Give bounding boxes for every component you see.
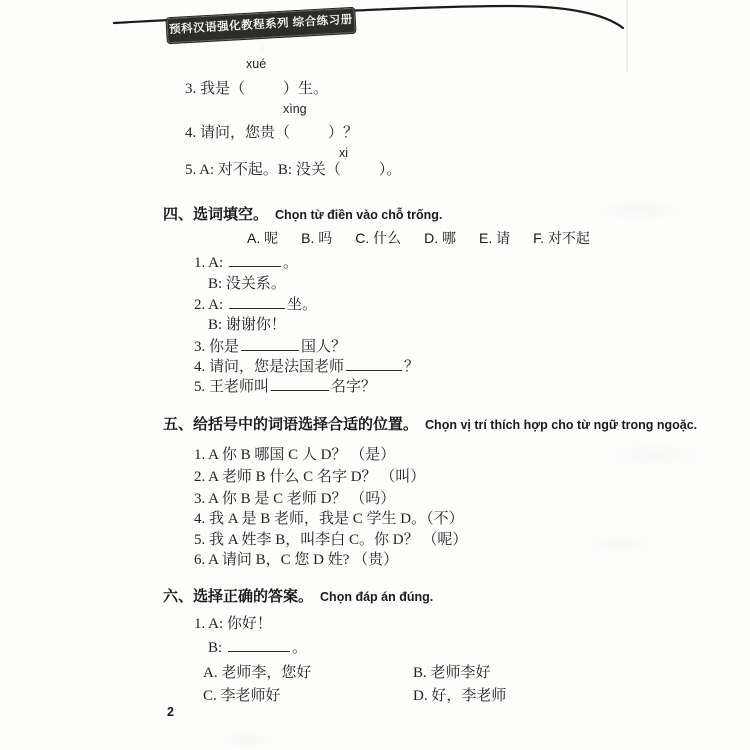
- section5-item-5: 5. 我 A 姓李 B，叫李白 C。你 D？ （呢）: [194, 530, 467, 550]
- warmup-line-3-pre: 3. 我是（: [185, 81, 245, 97]
- answer-option-b: B. 老师李好: [413, 663, 491, 683]
- section6-number: 六、: [163, 588, 193, 605]
- section6-dialog-a: 1. A: 你好！: [194, 614, 272, 634]
- section6-dialog-b: B: 。: [208, 637, 307, 658]
- item-text: 国人？: [301, 339, 346, 355]
- fill-in-blank: [241, 336, 299, 351]
- warmup-line-5-pre: 5. A: 对不起。B: 没关（: [185, 162, 341, 178]
- item-text: 名字？: [331, 379, 376, 395]
- word-option-f: F. 对不起: [533, 230, 590, 246]
- section4-number: 四、: [163, 206, 193, 223]
- workbook-scanned-page: 预科汉语强化教程系列 综合练习册 1 xué 3. 我是（）生。 xìng 4.…: [0, 0, 750, 750]
- item-text: 4. 请问，您是法国老师: [194, 359, 344, 375]
- pinyin-annotation-xi: xi: [339, 146, 348, 160]
- section6-title-cn: 选择正确的答案。: [193, 588, 313, 605]
- word-option-b: B. 吗: [301, 230, 332, 246]
- warmup-line-3: 3. 我是（）生。: [185, 79, 328, 99]
- fill-in-blank: [229, 294, 285, 309]
- section4-word-bank: A. 呢B. 吗C. 什么D. 哪E. 请F. 对不起: [247, 228, 590, 248]
- section5-title-vi: Chọn vị trí thích hợp cho từ ngữ trong n…: [425, 418, 697, 432]
- answer-option-a: A. 老师李，您好: [203, 663, 311, 683]
- word-option-a: A. 呢: [247, 230, 278, 246]
- page-number: 2: [167, 705, 174, 719]
- answer-option-c: C. 李老师好: [203, 686, 281, 706]
- answer-option-d: D. 好，李老师: [413, 686, 506, 706]
- word-option-d: D. 哪: [424, 230, 456, 246]
- section4-item-1: 1. A: 。: [194, 252, 298, 273]
- item-text: 。: [283, 255, 298, 271]
- section4-item-2: 2. A: 坐。: [194, 294, 317, 315]
- item-text: 3. 你是: [194, 339, 239, 355]
- warmup-line-4-pre: 4. 请问，您贵（: [185, 125, 290, 141]
- section5-number: 五、: [163, 416, 193, 433]
- pinyin-annotation-xue: xué: [246, 57, 266, 71]
- section4-title-vi: Chọn từ điền vào chỗ trống.: [275, 208, 442, 222]
- item-text: 坐。: [287, 297, 317, 313]
- item-text: ？: [404, 359, 419, 375]
- word-option-e: E. 请: [479, 230, 510, 246]
- warmup-line-5: 5. A: 对不起。B: 没关（）。: [185, 160, 401, 180]
- fill-in-blank: [229, 252, 281, 267]
- section5-item-3: 3. A 你 B 是 C 老师 D？ （吗）: [194, 489, 395, 509]
- item-text: 1. A:: [194, 255, 227, 271]
- warmup-line-4: 4. 请问，您贵（）？: [185, 123, 358, 143]
- section6-title-vi: Chọn đáp án đúng.: [320, 590, 433, 604]
- section4-item-2-reply: B: 谢谢你！: [208, 315, 286, 335]
- section4-item-1-reply: B: 没关系。: [208, 274, 286, 294]
- fill-in-blank: [346, 356, 402, 371]
- section6-heading: 六、选择正确的答案。Chọn đáp án đúng.: [163, 585, 433, 606]
- section5-heading: 五、给括号中的词语选择合适的位置。Chọn vị trí thích hợp c…: [163, 413, 697, 434]
- item-text: 2. A:: [194, 297, 227, 313]
- section4-heading: 四、选词填空。Chọn từ điền vào chỗ trống.: [163, 203, 442, 224]
- warmup-line-4-post: ）？: [328, 125, 358, 141]
- section5-title-cn: 给括号中的词语选择合适的位置。: [193, 416, 418, 433]
- section4-item-5: 5. 王老师叫名字？: [194, 376, 376, 397]
- section4-item-3: 3. 你是国人？: [194, 336, 346, 357]
- item-text: 5. 王老师叫: [194, 379, 269, 395]
- fill-in-blank: [271, 376, 329, 391]
- section5-item-4: 4. 我 A 是 B 老师，我是 C 学生 D。（不）: [194, 509, 464, 529]
- item-text: 。: [292, 640, 307, 656]
- section5-item-6: 6. A 请问 B，C 您 D 姓? （贵）: [194, 550, 398, 570]
- word-option-c: C. 什么: [355, 230, 401, 246]
- header-swoosh-line: [0, 0, 750, 60]
- section4-title-cn: 选词填空。: [193, 206, 268, 223]
- warmup-line-5-post: ）。: [379, 162, 402, 178]
- section4-item-4: 4. 请问，您是法国老师？: [194, 356, 419, 377]
- item-text: B:: [208, 640, 226, 656]
- warmup-line-3-post: ）生。: [283, 81, 328, 97]
- fill-in-blank: [228, 637, 290, 652]
- section5-item-1: 1. A 你 B 哪国 C 人 D？ （是）: [194, 445, 395, 465]
- section5-item-2: 2. A 老师 B 什么 C 名字 D？ （叫）: [194, 467, 425, 487]
- pinyin-annotation-xing: xìng: [283, 102, 307, 116]
